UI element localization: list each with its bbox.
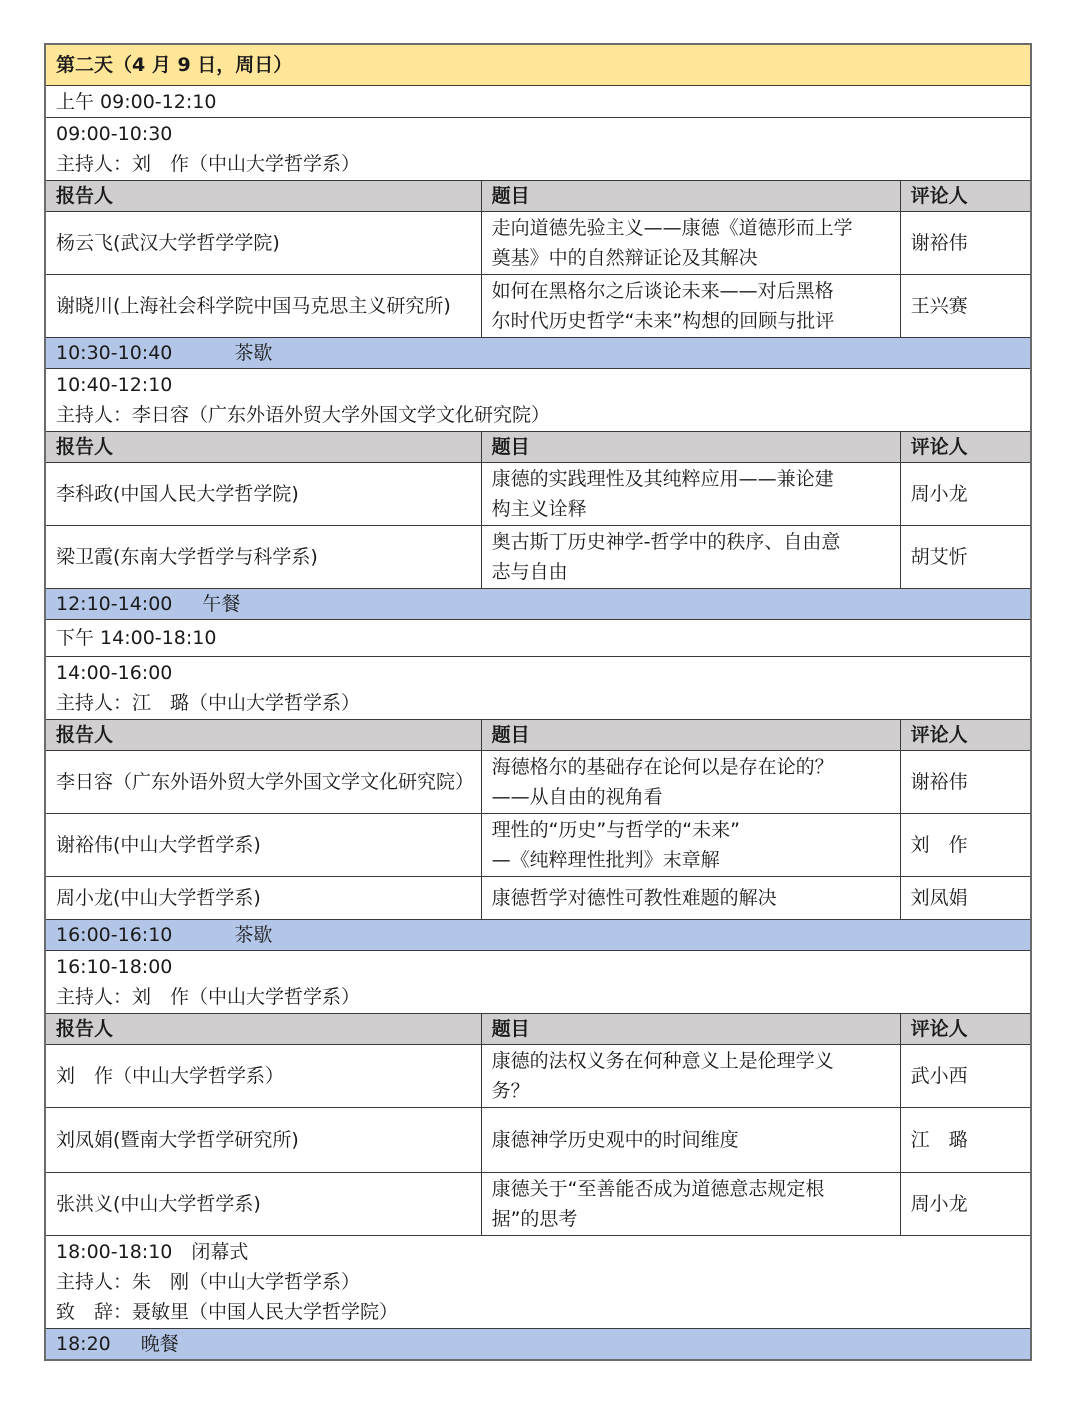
commentator: 武小西 (900, 1045, 1031, 1108)
table-row: 杨云飞(武汉大学哲学学院) 走向道德先验主义——康德《道德形而上学奠基》中的自然… (45, 212, 1031, 275)
table-row: 李科政(中国人民大学哲学院) 康德的实践理性及其纯粹应用——兼论建构主义诠释 周… (45, 463, 1031, 526)
session-info: 16:10-18:00 主持人：刘 作（中山大学哲学系） (45, 951, 1031, 1014)
closing-ceremony: 18:00-18:10 闭幕式 主持人：朱 刚（中山大学哲学系） 致 辞：聂敏里… (45, 1236, 1031, 1329)
break: 16:00-16:10茶歇 (45, 920, 1031, 951)
col-title: 题目 (481, 432, 900, 463)
session-info-row: 09:00-10:30 主持人：刘 作（中山大学哲学系） (45, 118, 1031, 181)
afternoon-label-row: 下午 14:00-18:10 (45, 620, 1031, 657)
closing-row: 18:00-18:10 闭幕式 主持人：朱 刚（中山大学哲学系） 致 辞：聂敏里… (45, 1236, 1031, 1329)
commentator: 谢裕伟 (900, 212, 1031, 275)
dinner-row: 18:20晚餐 (45, 1329, 1031, 1361)
session-time: 10:40-12:10 (56, 370, 1020, 400)
commentator: 王兴赛 (900, 275, 1031, 338)
table-row: 李日容（广东外语外贸大学外国文学文化研究院） 海德格尔的基础存在论何以是存在论的… (45, 751, 1031, 814)
speaker: 梁卫霞(东南大学哲学与科学系) (45, 526, 481, 589)
talk-title: 康德神学历史观中的时间维度 (481, 1108, 900, 1173)
closing-speech: 致 辞：聂敏里（中国人民大学哲学院） (56, 1297, 1020, 1327)
talk-title: 康德的法权义务在何种意义上是伦理学义务？ (481, 1045, 900, 1108)
closing-time: 18:00-18:10 闭幕式 (56, 1237, 1020, 1267)
speaker: 杨云飞(武汉大学哲学学院) (45, 212, 481, 275)
schedule-table: 第二天（4 月 9 日，周日） 上午 09:00-12:10 09:00-10:… (44, 43, 1032, 1361)
session-time: 14:00-16:00 (56, 658, 1020, 688)
talk-title: 康德的实践理性及其纯粹应用——兼论建构主义诠释 (481, 463, 900, 526)
col-title: 题目 (481, 181, 900, 212)
col-commentator: 评论人 (900, 720, 1031, 751)
lunch-row: 12:10-14:00午餐 (45, 589, 1031, 620)
speaker: 周小龙(中山大学哲学系) (45, 877, 481, 920)
col-speaker: 报告人 (45, 181, 481, 212)
table-row: 刘凤娟(暨南大学哲学研究所) 康德神学历史观中的时间维度 江 璐 (45, 1108, 1031, 1173)
speaker: 李科政(中国人民大学哲学院) (45, 463, 481, 526)
commentator: 周小龙 (900, 1173, 1031, 1236)
col-commentator: 评论人 (900, 432, 1031, 463)
break: 10:30-10:40茶歇 (45, 338, 1031, 369)
talk-title: 走向道德先验主义——康德《道德形而上学奠基》中的自然辩证论及其解决 (481, 212, 900, 275)
speaker: 谢晓川(上海社会科学院中国马克思主义研究所) (45, 275, 481, 338)
talk-title: 如何在黑格尔之后谈论未来——对后黑格尔时代历史哲学“未来”构想的回顾与批评 (481, 275, 900, 338)
speaker: 刘 作（中山大学哲学系） (45, 1045, 481, 1108)
speaker: 李日容（广东外语外贸大学外国文学文化研究院） (45, 751, 481, 814)
col-speaker: 报告人 (45, 720, 481, 751)
session-info: 09:00-10:30 主持人：刘 作（中山大学哲学系） (45, 118, 1031, 181)
commentator: 刘 作 (900, 814, 1031, 877)
col-commentator: 评论人 (900, 181, 1031, 212)
break-row: 16:00-16:10茶歇 (45, 920, 1031, 951)
lunch: 12:10-14:00午餐 (45, 589, 1031, 620)
dinner: 18:20晚餐 (45, 1329, 1031, 1361)
table-row: 谢裕伟(中山大学哲学系) 理性的“历史”与哲学的“未来”—《纯粹理性批判》末章解… (45, 814, 1031, 877)
talk-title: 康德关于“至善能否成为道德意志规定根据”的思考 (481, 1173, 900, 1236)
session-time: 16:10-18:00 (56, 952, 1020, 982)
talk-title: 康德哲学对德性可教性难题的解决 (481, 877, 900, 920)
day-header: 第二天（4 月 9 日，周日） (45, 44, 1031, 86)
col-commentator: 评论人 (900, 1014, 1031, 1045)
speaker: 刘凤娟(暨南大学哲学研究所) (45, 1108, 481, 1173)
session-info: 10:40-12:10 主持人：李日容（广东外语外贸大学外国文学文化研究院） (45, 369, 1031, 432)
session-time: 09:00-10:30 (56, 119, 1020, 149)
session-info-row: 16:10-18:00 主持人：刘 作（中山大学哲学系） (45, 951, 1031, 1014)
break-row: 10:30-10:40茶歇 (45, 338, 1031, 369)
talk-title: 理性的“历史”与哲学的“未来”—《纯粹理性批判》末章解 (481, 814, 900, 877)
commentator: 刘凤娟 (900, 877, 1031, 920)
table-row: 梁卫霞(东南大学哲学与科学系) 奥古斯丁历史神学-哲学中的秩序、自由意志与自由 … (45, 526, 1031, 589)
session-info-row: 10:40-12:10 主持人：李日容（广东外语外贸大学外国文学文化研究院） (45, 369, 1031, 432)
speaker: 谢裕伟(中山大学哲学系) (45, 814, 481, 877)
afternoon-label: 下午 14:00-18:10 (45, 620, 1031, 657)
session-host: 主持人：刘 作（中山大学哲学系） (56, 982, 1020, 1012)
table-row: 张洪义(中山大学哲学系) 康德关于“至善能否成为道德意志规定根据”的思考 周小龙 (45, 1173, 1031, 1236)
session-info: 14:00-16:00 主持人：江 璐（中山大学哲学系） (45, 657, 1031, 720)
session-host: 主持人：李日容（广东外语外贸大学外国文学文化研究院） (56, 400, 1020, 430)
column-header-row: 报告人 题目 评论人 (45, 720, 1031, 751)
session-host: 主持人：江 璐（中山大学哲学系） (56, 688, 1020, 718)
column-header-row: 报告人 题目 评论人 (45, 432, 1031, 463)
session-host: 主持人：刘 作（中山大学哲学系） (56, 149, 1020, 179)
col-title: 题目 (481, 720, 900, 751)
session-info-row: 14:00-16:00 主持人：江 璐（中山大学哲学系） (45, 657, 1031, 720)
col-speaker: 报告人 (45, 1014, 481, 1045)
talk-title: 奥古斯丁历史神学-哲学中的秩序、自由意志与自由 (481, 526, 900, 589)
table-row: 刘 作（中山大学哲学系） 康德的法权义务在何种意义上是伦理学义务？ 武小西 (45, 1045, 1031, 1108)
column-header-row: 报告人 题目 评论人 (45, 181, 1031, 212)
closing-host: 主持人：朱 刚（中山大学哲学系） (56, 1267, 1020, 1297)
table-row: 周小龙(中山大学哲学系) 康德哲学对德性可教性难题的解决 刘凤娟 (45, 877, 1031, 920)
commentator: 胡艾忻 (900, 526, 1031, 589)
commentator: 周小龙 (900, 463, 1031, 526)
commentator: 江 璐 (900, 1108, 1031, 1173)
table-row: 谢晓川(上海社会科学院中国马克思主义研究所) 如何在黑格尔之后谈论未来——对后黑… (45, 275, 1031, 338)
day-header-row: 第二天（4 月 9 日，周日） (45, 44, 1031, 86)
morning-label: 上午 09:00-12:10 (45, 86, 1031, 118)
speaker: 张洪义(中山大学哲学系) (45, 1173, 481, 1236)
talk-title: 海德格尔的基础存在论何以是存在论的？——从自由的视角看 (481, 751, 900, 814)
commentator: 谢裕伟 (900, 751, 1031, 814)
morning-label-row: 上午 09:00-12:10 (45, 86, 1031, 118)
column-header-row: 报告人 题目 评论人 (45, 1014, 1031, 1045)
col-title: 题目 (481, 1014, 900, 1045)
col-speaker: 报告人 (45, 432, 481, 463)
